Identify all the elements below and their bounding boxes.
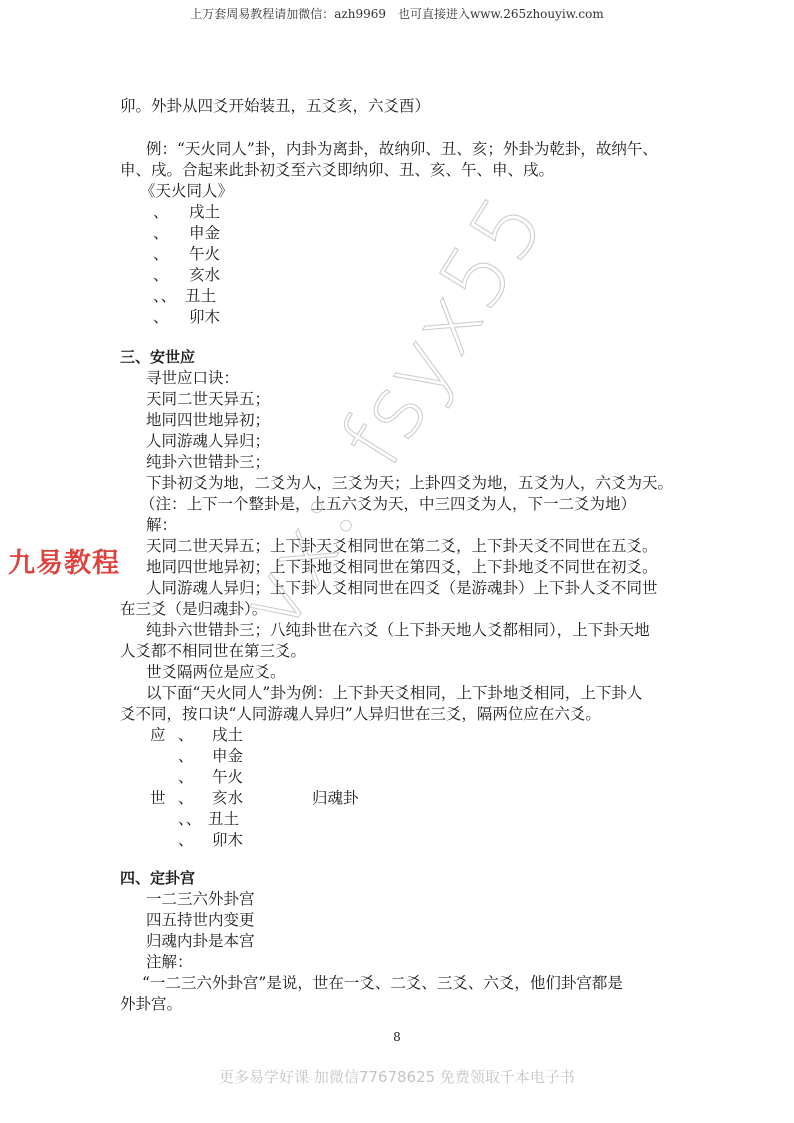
explain-line: 爻不同，按口诀“人同游魂人异归”人异归世在三爻，隔两位应在六爻。 (120, 704, 601, 725)
section-heading-4: 四、定卦宫 (120, 868, 195, 889)
explain-line: 世爻隔两位是应爻。 (146, 662, 286, 683)
yao-name: 午火 (189, 244, 220, 265)
yao-name: 亥水 (212, 788, 243, 809)
text-line: “一二三六外卦宫”是说，世在一爻、二爻、三爻、六爻，他们卦宫都是 (142, 973, 623, 994)
text-line: 一二三六外卦宫 (146, 889, 255, 910)
yao-mark: 、、 (153, 286, 176, 307)
yao-mark: 、 (153, 202, 169, 223)
explain-line: 人爻都不相同世在第三爻。 (120, 641, 306, 662)
yao-mark: 、 (178, 746, 194, 767)
yao-name: 申金 (189, 223, 220, 244)
example-paragraph-line-1: 例：“天火同人”卦，内卦为离卦，故纳卯、丑、亥；外卦为乾卦，故纳午、 (146, 139, 658, 160)
shi-ying-label: 世 (150, 788, 166, 809)
yao-mark: 、 (153, 223, 169, 244)
yao-name: 卯木 (189, 307, 220, 328)
yao-mark: 、 (178, 767, 194, 788)
text-line: 地同四世地异初； (146, 410, 270, 431)
yao-mark: 、 (178, 830, 194, 851)
example-paragraph-line-2: 申、戌。合起来此卦初爻至六爻即纳卯、丑、亥、午、申、戌。 (120, 160, 554, 181)
text-line: 天同二世天异五； (146, 389, 270, 410)
yao-name: 戌土 (212, 725, 243, 746)
text-line: 外卦宫。 (120, 994, 182, 1015)
continued-paragraph: 卯。外卦从四爻开始装丑，五爻亥，六爻酉） (120, 96, 430, 117)
page-number: 8 (0, 1030, 794, 1044)
yao-name: 丑土 (185, 286, 216, 307)
text-line: 注解： (146, 952, 193, 973)
yao-mark: 、 (153, 265, 169, 286)
header-banner: 上万套周易教程请加微信：azh9969 也可直接进入www.265zhouyiw… (0, 5, 794, 22)
text-line: 解： (146, 515, 177, 536)
text-line: 四五持世内变更 (146, 910, 255, 931)
yao-name: 戌土 (189, 202, 220, 223)
yao-name: 亥水 (189, 265, 220, 286)
yao-mark: 、 (178, 788, 194, 809)
text-line: 寻世应口诀： (146, 368, 239, 389)
section-heading-3: 三、安世应 (120, 347, 195, 368)
hexagram-type-note: 归魂卦 (312, 788, 359, 809)
explain-line: 纯卦六世错卦三；八纯卦世在六爻（上下卦天地人爻都相同），上下卦天地 (146, 620, 650, 641)
yao-mark: 、 (153, 307, 169, 328)
footer-promo: 更多易学好课 加微信77678625 免费领取千本电子书 (0, 1066, 794, 1087)
side-brand-logo: 九易教程 (8, 541, 120, 580)
yao-mark: 、 (178, 725, 194, 746)
hexagram-title: 《天火同人》 (140, 181, 233, 202)
shi-ying-label: 应 (150, 725, 166, 746)
text-line: 归魂内卦是本宫 (146, 931, 255, 952)
yao-name: 申金 (212, 746, 243, 767)
text-line: 人同游魂人异归； (146, 431, 270, 452)
yao-name: 丑土 (208, 809, 239, 830)
yao-mark: 、、 (178, 809, 201, 830)
explain-line: 以下面“天火同人”卦为例：上下卦天爻相同，上下卦地爻相同，上下卦人 (146, 683, 642, 704)
yao-name: 卯木 (212, 830, 243, 851)
text-line: 纯卦六世错卦三； (146, 452, 270, 473)
yao-name: 午火 (212, 767, 243, 788)
yao-mark: 、 (153, 244, 169, 265)
